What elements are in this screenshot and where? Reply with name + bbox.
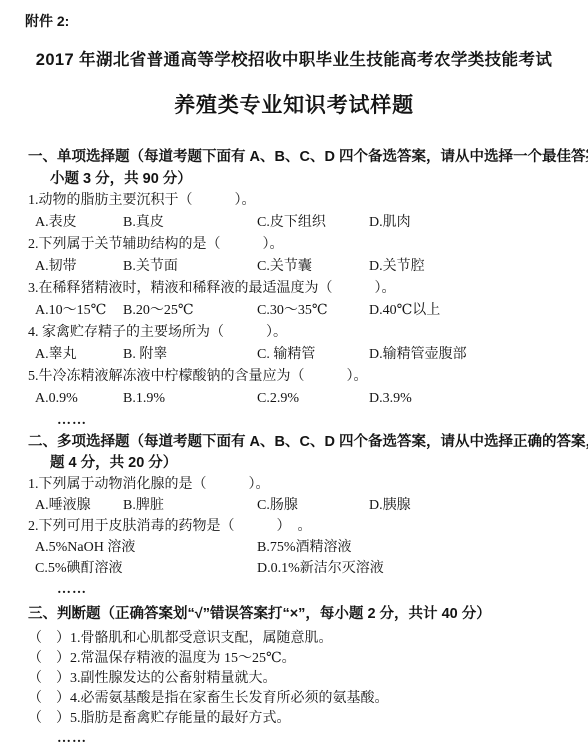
option-d: D.关节腔 xyxy=(369,256,425,278)
question-stem: 2.下列可用于皮肤消毒的药物是（ ） 。 xyxy=(28,516,588,537)
question-3: 3.在稀释猪精液时，精液和稀释液的最适温度为（ ）。 A.10～15℃ B.20… xyxy=(0,278,588,322)
omitted-questions-ellipsis: …… xyxy=(57,410,588,432)
option-a: A.韧带 xyxy=(35,256,123,278)
question-stem: 2.下列属于关节辅助结构的是（ ）。 xyxy=(28,234,588,256)
question-stem: 1.动物的脂肪主要沉积于（ ）。 xyxy=(28,190,588,212)
options-row: C.5%碘酊溶液 D.0.1%新洁尔灭溶液 xyxy=(35,558,588,579)
omitted-questions-ellipsis: …… xyxy=(57,579,588,600)
judge-item-5: （ ）5.脂肪是畜禽贮存能量的最好方式。 xyxy=(28,709,588,729)
question-stem: 3.在稀释猪精液时，精液和稀释液的最适温度为（ ）。 xyxy=(28,278,588,300)
option-b: B. 附睾 xyxy=(123,344,257,366)
option-d: D.肌肉 xyxy=(369,212,411,234)
options-row: A.表皮 B.真皮 C.皮下组织 D.肌肉 xyxy=(35,212,588,234)
judge-item-1: （ ）1.骨骼肌和心肌都受意识支配，属随意肌。 xyxy=(28,629,588,649)
exam-subtitle: 养殖类专业知识考试样题 xyxy=(0,94,588,118)
option-a: A.睾丸 xyxy=(35,344,123,366)
option-a: A.唾液腺 xyxy=(35,495,123,516)
option-b: B.关节面 xyxy=(123,256,257,278)
section-single-choice: 一、单项选择题（每道考题下面有 A、B、C、D 四个备选答案，请从中选择一个最佳… xyxy=(0,146,588,432)
question-5: 5.牛冷冻精液解冻液中柠檬酸钠的含量应为（ ）。 A.0.9% B.1.9% C… xyxy=(0,366,588,410)
option-c: C.30～35℃ xyxy=(257,300,369,322)
omitted-questions-ellipsis: …… xyxy=(57,729,588,749)
option-b: B.20～25℃ xyxy=(123,300,257,322)
section1-heading: 一、单项选择题（每道考题下面有 A、B、C、D 四个备选答案，请从中选择一个最佳… xyxy=(28,146,588,168)
option-a: A.5%NaOH 溶液 xyxy=(35,537,257,558)
section2-heading: 二、多项选择题（每道考题下面有 A、B、C、D 四个备选答案，请从中选择正确的答… xyxy=(28,432,588,453)
judge-item-4: （ ）4.必需氨基酸是指在家畜生长发育所必须的氨基酸。 xyxy=(28,689,588,709)
question-stem: 5.牛冷冻精液解冻液中柠檬酸钠的含量应为（ ）。 xyxy=(28,366,588,388)
section-multi-choice: 二、多项选择题（每道考题下面有 A、B、C、D 四个备选答案，请从中选择正确的答… xyxy=(0,432,588,600)
option-c: C.5%碘酊溶液 xyxy=(35,558,257,579)
judge-item-3: （ ）3.副性腺发达的公畜射精量就大。 xyxy=(28,669,588,689)
exam-title: 2017 年湖北省普通高等学校招收中职毕业生技能高考农学类技能考试 xyxy=(0,50,588,70)
question-1: 1.下列属于动物消化腺的是（ ）。 A.唾液腺 B.脾脏 C.肠腺 D.胰腺 xyxy=(0,474,588,516)
option-c: C.皮下组织 xyxy=(257,212,369,234)
section2-heading-continuation: 题 4 分，共 20 分） xyxy=(50,453,588,474)
section3-heading: 三、判断题（正确答案划“√”错误答案打“×”，每小题 2 分，共计 40 分） xyxy=(28,603,588,625)
option-a: A.0.9% xyxy=(35,388,123,410)
option-c: C.2.9% xyxy=(257,388,369,410)
option-c: C.肠腺 xyxy=(257,495,369,516)
option-d: D.胰腺 xyxy=(369,495,411,516)
section-true-false: 三、判断题（正确答案划“√”错误答案打“×”，每小题 2 分，共计 40 分） … xyxy=(0,603,588,749)
option-d: D.0.1%新洁尔灭溶液 xyxy=(257,558,384,579)
option-c: C. 输精管 xyxy=(257,344,369,366)
option-b: B.真皮 xyxy=(123,212,257,234)
question-2: 2.下列属于关节辅助结构的是（ ）。 A.韧带 B.关节面 C.关节囊 D.关节… xyxy=(0,234,588,278)
option-d: D.3.9% xyxy=(369,388,412,410)
exam-paper-page: 附件 2: 2017 年湖北省普通高等学校招收中职毕业生技能高考农学类技能考试 … xyxy=(0,0,588,752)
option-b: B.1.9% xyxy=(123,388,257,410)
option-d: D.输精管壶腹部 xyxy=(369,344,467,366)
options-row: A.睾丸 B. 附睾 C. 输精管 D.输精管壶腹部 xyxy=(35,344,588,366)
options-row: A.10～15℃ B.20～25℃ C.30～35℃ D.40℃以上 xyxy=(35,300,588,322)
question-stem: 1.下列属于动物消化腺的是（ ）。 xyxy=(28,474,588,495)
option-a: A.表皮 xyxy=(35,212,123,234)
options-row: A.唾液腺 B.脾脏 C.肠腺 D.胰腺 xyxy=(35,495,588,516)
question-4: 4. 家禽贮存精子的主要场所为（ ）。 A.睾丸 B. 附睾 C. 输精管 D.… xyxy=(0,322,588,366)
judge-question-list: （ ）1.骨骼肌和心肌都受意识支配，属随意肌。 （ ）2.常温保存精液的温度为 … xyxy=(0,629,588,729)
section1-heading-continuation: 小题 3 分，共 90 分） xyxy=(50,168,588,190)
option-b: B.75%酒精溶液 xyxy=(257,537,352,558)
judge-item-2: （ ）2.常温保存精液的温度为 15～25℃。 xyxy=(28,649,588,669)
option-b: B.脾脏 xyxy=(123,495,257,516)
attachment-label: 附件 2: xyxy=(25,0,588,30)
option-c: C.关节囊 xyxy=(257,256,369,278)
question-stem: 4. 家禽贮存精子的主要场所为（ ）。 xyxy=(28,322,588,344)
options-row: A.韧带 B.关节面 C.关节囊 D.关节腔 xyxy=(35,256,588,278)
question-1: 1.动物的脂肪主要沉积于（ ）。 A.表皮 B.真皮 C.皮下组织 D.肌肉 xyxy=(0,190,588,234)
option-d: D.40℃以上 xyxy=(369,300,440,322)
options-row: A.0.9% B.1.9% C.2.9% D.3.9% xyxy=(35,388,588,410)
question-2: 2.下列可用于皮肤消毒的药物是（ ） 。 A.5%NaOH 溶液 B.75%酒精… xyxy=(0,516,588,579)
options-row: A.5%NaOH 溶液 B.75%酒精溶液 xyxy=(35,537,588,558)
option-a: A.10～15℃ xyxy=(35,300,123,322)
